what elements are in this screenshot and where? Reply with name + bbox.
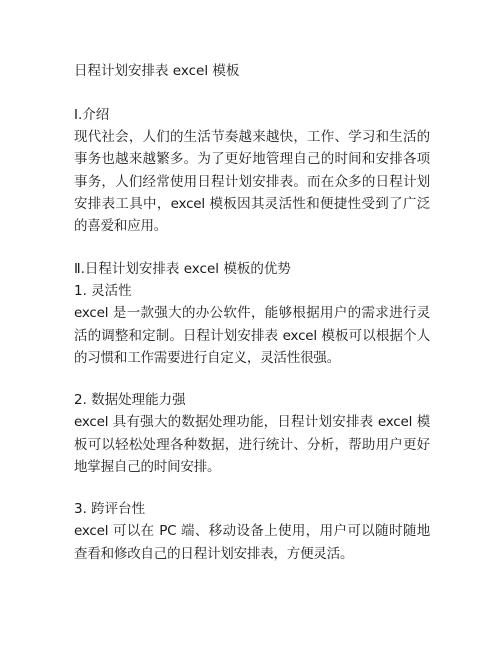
section-advantages: Ⅱ.日程计划安排表 excel 模板的优势 1. 灵活性 excel 是一款强大…: [74, 258, 430, 564]
spacer: [74, 237, 430, 258]
advantage-item-flexibility: 1. 灵活性 excel 是一款强大的办公软件，能够根据用户的需求进行灵活的调整…: [74, 280, 430, 369]
section-introduction: Ⅰ.介绍 现代社会，人们的生活节奏越来越快，工作、学习和生活的事务也越来越繁多。…: [74, 104, 430, 237]
advantage-paragraph-data-processing: excel 具有强大的数据处理功能，日程计划安排表 excel 模板可以轻松处理…: [74, 411, 430, 478]
spacer: [74, 478, 430, 498]
advantage-item-data-processing: 2. 数据处理能力强 excel 具有强大的数据处理功能，日程计划安排表 exc…: [74, 389, 430, 478]
document-title: 日程计划安排表 excel 模板: [74, 61, 430, 81]
section-heading-advantages: Ⅱ.日程计划安排表 excel 模板的优势: [74, 258, 430, 280]
advantage-item-cross-platform: 3. 跨评台性 excel 可以在 PC 端、移动设备上使用，用户可以随时随地查…: [74, 498, 430, 565]
introduction-paragraph: 现代社会，人们的生活节奏越来越快，工作、学习和生活的事务也越来越繁多。为了更好地…: [74, 126, 430, 237]
advantage-heading-cross-platform: 3. 跨评台性: [74, 498, 430, 520]
section-heading-introduction: Ⅰ.介绍: [74, 104, 430, 126]
spacer: [74, 369, 430, 389]
advantage-paragraph-flexibility: excel 是一款强大的办公软件，能够根据用户的需求进行灵活的调整和定制。日程计…: [74, 302, 430, 369]
advantage-heading-flexibility: 1. 灵活性: [74, 280, 430, 302]
advantage-heading-data-processing: 2. 数据处理能力强: [74, 389, 430, 411]
document-page: 日程计划安排表 excel 模板 Ⅰ.介绍 现代社会，人们的生活节奏越来越快，工…: [74, 61, 430, 565]
advantage-paragraph-cross-platform: excel 可以在 PC 端、移动设备上使用，用户可以随时随地查看和修改自己的日…: [74, 520, 430, 565]
